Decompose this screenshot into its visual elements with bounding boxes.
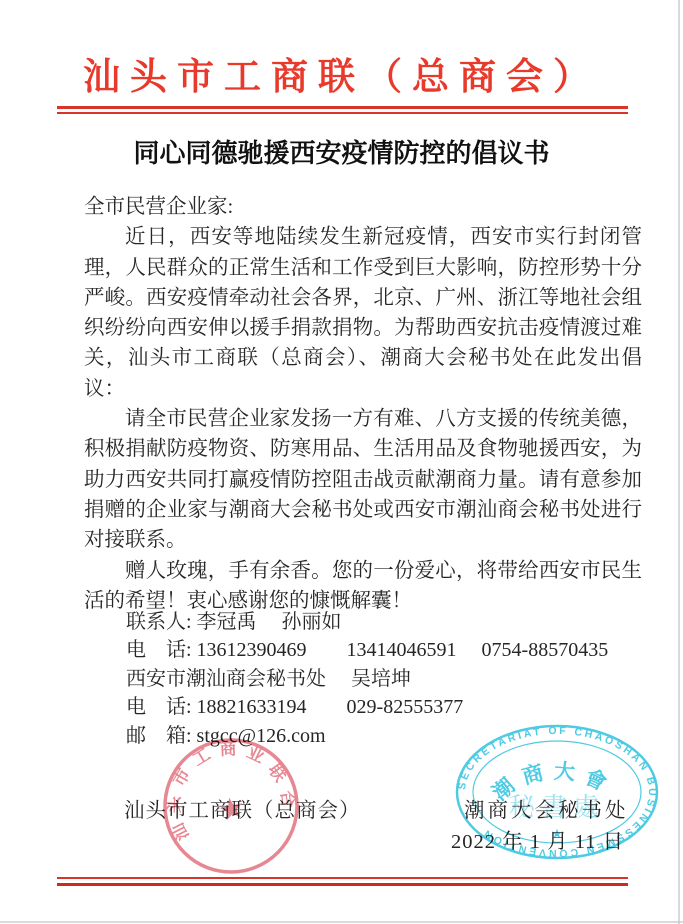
red-seal-ring-text: 汕头市工商业联合会 <box>160 735 302 848</box>
body-paragraphs: 近日，西安等地陆续发生新冠疫情，西安市实行封闭管理，人民群众的正常生活和工作受到… <box>84 222 642 616</box>
scan-edge-right <box>678 0 680 924</box>
signature-right-org: 潮商大会秘书处 <box>464 793 629 823</box>
contact-line: 电 话: 13612390469 13414046591 0754-885704… <box>126 636 626 664</box>
document-page: 汕头市工商联（总商会） 同心同德驰援西安疫情防控的倡议书 全市民营企业家: 近日… <box>0 0 683 924</box>
contact-line: 邮 箱: stgcc@126.com <box>126 722 626 750</box>
contact-block: 联系人: 李冠禹 孙丽如电 话: 13612390469 13414046591… <box>126 608 626 750</box>
body-paragraph: 近日，西安等地陆续发生新冠疫情，西安市实行封闭管理，人民群众的正常生活和工作受到… <box>84 222 642 404</box>
contact-line: 联系人: 李冠禹 孙丽如 <box>126 608 626 636</box>
scan-edge-bottom <box>0 921 683 923</box>
contact-line: 西安市潮汕商会秘书处 吴培坤 <box>126 665 626 693</box>
footer-rule <box>57 877 628 886</box>
signature-left-org: 汕头市工商联（总商会） <box>124 793 361 823</box>
document-title: 同心同德驰援西安疫情防控的倡议书 <box>0 133 683 170</box>
svg-text:汕头市工商业联合会: 汕头市工商业联合会 <box>160 735 302 848</box>
letterhead-org-name: 汕头市工商联（总商会） <box>0 46 683 100</box>
document-body: 全市民营企业家: 近日，西安等地陆续发生新冠疫情，西安市实行封闭管理，人民群众的… <box>84 192 642 616</box>
signature-date: 2022 年 1 月 11 日 <box>451 824 624 854</box>
letterhead-rule <box>57 106 628 114</box>
contact-line: 电 话: 18821633194 029-82555377 <box>126 693 626 721</box>
salutation: 全市民营企业家: <box>84 192 642 222</box>
body-paragraph: 请全市民营企业家发扬一方有难、八方支援的传统美德，积极捐献防疫物资、防寒用品、生… <box>84 404 642 555</box>
